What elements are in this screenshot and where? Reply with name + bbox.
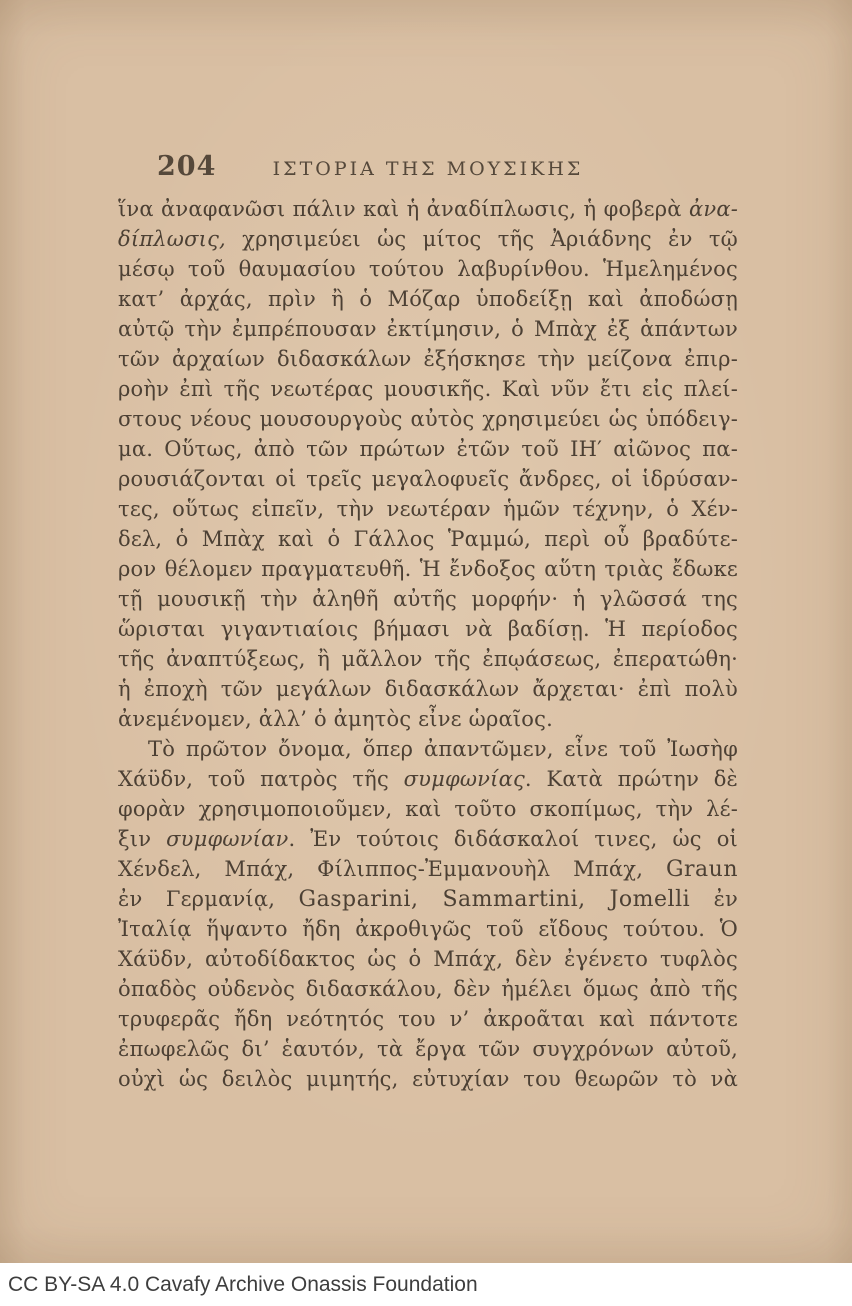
scanned-book-page: 204 ΙΣΤΟΡΙΑ ΤΗΣ ΜΟΥΣΙΚΗΣ ἵνα ἀναφανῶσι π…	[0, 0, 852, 1263]
text-line: τῶν ἀρχαίων διδασκάλων ἐξήσκησε τὴν μείζ…	[118, 344, 738, 374]
text-segment: μα. Οὕτως, ἀπὸ τῶν πρώτων ἐτῶν τοῦ ΙΗ′ α…	[118, 437, 738, 461]
text-line: ὀπαδὸς οὐδενὸς διδασκάλου, δὲν ἠμέλει ὅμ…	[118, 974, 738, 1004]
text-line: ἡ ἐποχὴ τῶν μεγάλων διδασκάλων ἄρχεται· …	[118, 674, 738, 704]
running-header-title: ΙΣΤΟΡΙΑ ΤΗΣ ΜΟΥΣΙΚΗΣ	[118, 158, 738, 180]
text-segment: αὐτῷ τὴν ἐμπρέπουσαν ἐκτίμησιν, ὁ Μπὰχ ἐ…	[118, 317, 738, 341]
paragraph: ἵνα ἀναφανῶσι πάλιν καὶ ἡ ἀναδίπλωσις, ἡ…	[118, 194, 738, 734]
page-body: ἵνα ἀναφανῶσι πάλιν καὶ ἡ ἀναδίπλωσις, ἡ…	[118, 194, 738, 1094]
text-segment: Τὸ πρῶτον ὄνομα, ὅπερ ἀπαντῶμεν, εἶνε το…	[148, 737, 738, 761]
text-line: δίπλωσις, χρησιμεύει ὡς μίτος τῆς Ἀριάδν…	[118, 224, 738, 254]
text-segment: . Κατὰ πρώτην δὲ	[525, 767, 738, 791]
text-line: κατ’ ἀρχάς, πρὶν ἢ ὁ Μόζαρ ὑποδείξῃ καὶ …	[118, 284, 738, 314]
text-segment: ἐν Γερμανίᾳ,	[118, 887, 299, 911]
text-segment-latin: Graun	[666, 857, 738, 882]
text-segment: ξιν	[118, 827, 166, 851]
text-segment: ἐπωφελῶς δι’ ἑαυτόν, τὰ ἔργα τῶν συγχρόν…	[118, 1037, 738, 1061]
text-segment: ρον θέλομεν πραγματευθῆ. Ἡ ἔνδοξος αὕτη …	[118, 557, 738, 581]
text-line: ἀνεμένομεν, ἀλλ’ ὁ ἀμητὸς εἶνε ὡραῖος.	[118, 704, 738, 734]
text-segment: τῶν ἀρχαίων διδασκάλων ἐξήσκησε τὴν μείζ…	[118, 347, 738, 371]
text-segment: Χένδελ, Μπάχ, Φίλιππος-Ἐμμανουὴλ Μπάχ,	[118, 857, 666, 881]
text-line: αὐτῷ τὴν ἐμπρέπουσαν ἐκτίμησιν, ὁ Μπὰχ ἐ…	[118, 314, 738, 344]
text-line: οὐχὶ ὡς δειλὸς μιμητής, εὐτυχίαν του θεω…	[118, 1064, 738, 1094]
text-line: δελ, ὁ Μπὰχ καὶ ὁ Γάλλος Ῥαμμώ, περὶ οὗ …	[118, 524, 738, 554]
text-line: Τὸ πρῶτον ὄνομα, ὅπερ ἀπαντῶμεν, εἶνε το…	[118, 734, 738, 764]
text-segment-italic: ἀνα-	[689, 197, 738, 221]
text-segment: χρησιμεύει ὡς μίτος τῆς Ἀριάδνης ἐν τῷ	[226, 227, 738, 251]
text-line: φορὰν χρησιμοποιοῦμεν, καὶ τοῦτο σκοπίμω…	[118, 794, 738, 824]
text-line: Χένδελ, Μπάχ, Φίλιππος-Ἐμμανουὴλ Μπάχ, G…	[118, 854, 738, 884]
text-line: ξιν συμφωνίαν. Ἐν τούτοις διδάσκαλοί τιν…	[118, 824, 738, 854]
text-segment: τῇ μουσικῇ τὴν ἀληθῆ αὐτῆς μορφήν· ἡ γλῶ…	[118, 587, 738, 611]
text-segment-latin: Gasparini, Sammartini, Jomelli	[299, 887, 691, 912]
text-segment: μέσῳ τοῦ θαυμασίου τούτου λαβυρίνθου. Ἡμ…	[118, 257, 738, 281]
text-segment: ἀνεμένομεν, ἀλλ’ ὁ ἀμητὸς εἶνε ὡραῖος.	[118, 707, 553, 731]
text-segment: τες, οὕτως εἰπεῖν, τὴν νεωτέραν ἡμῶν τέχ…	[118, 497, 738, 521]
text-line: τῆς ἀναπτύξεως, ἢ μᾶλλον τῆς ἐπῳάσεως, ἐ…	[118, 644, 738, 674]
text-line: ροὴν ἐπὶ τῆς νεωτέρας μουσικῆς. Καὶ νῦν …	[118, 374, 738, 404]
text-line: τρυφερᾶς ἤδη νεότητός του ν’ ἀκροᾶται κα…	[118, 1004, 738, 1034]
text-segment-italic: συμφωνίαν	[166, 827, 288, 851]
text-line: ὥρισται γιγαντιαίοις βήμασι νὰ βαδίσῃ. Ἡ…	[118, 614, 738, 644]
text-segment: τρυφερᾶς ἤδη νεότητός του ν’ ἀκροᾶται κα…	[118, 1007, 738, 1031]
text-segment: ἡ ἐποχὴ τῶν μεγάλων διδασκάλων ἄρχεται· …	[118, 677, 738, 701]
text-line: Χάϋδν, αὐτοδίδακτος ὡς ὁ Μπάχ, δὲν ἐγένε…	[118, 944, 738, 974]
text-segment: δελ, ὁ Μπὰχ καὶ ὁ Γάλλος Ῥαμμώ, περὶ οὗ …	[118, 527, 738, 551]
text-segment: κατ’ ἀρχάς, πρὶν ἢ ὁ Μόζαρ ὑποδείξῃ καὶ …	[118, 287, 738, 311]
text-segment: Χάϋδν, αὐτοδίδακτος ὡς ὁ Μπάχ, δὲν ἐγένε…	[118, 947, 738, 971]
text-segment: . Ἐν τούτοις διδάσκαλοί τινες, ὡς οἱ	[288, 827, 738, 851]
text-segment: ἵνα ἀναφανῶσι πάλιν καὶ ἡ ἀναδίπλωσις, ἡ…	[118, 197, 689, 221]
license-caption-text: CC BY-SA 4.0 Cavafy Archive Onassis Foun…	[8, 1273, 478, 1297]
text-line: ρουσιάζονται οἱ τρεῖς μεγαλοφυεῖς ἄνδρες…	[118, 464, 738, 494]
text-segment: Χάϋδν, τοῦ πατρὸς τῆς	[118, 767, 404, 791]
text-segment: τῆς ἀναπτύξεως, ἢ μᾶλλον τῆς ἐπῳάσεως, ἐ…	[118, 647, 738, 671]
paragraph: Τὸ πρῶτον ὄνομα, ὅπερ ἀπαντῶμεν, εἶνε το…	[118, 734, 738, 1094]
text-line: Ἰταλίᾳ ἥψαντο ἤδη ἀκροθιγῶς τοῦ εἴδους τ…	[118, 914, 738, 944]
text-segment-italic: συμφωνίας	[404, 767, 525, 791]
text-line: στους νέους μουσουργοὺς αὐτὸς χρησιμεύει…	[118, 404, 738, 434]
text-segment: στους νέους μουσουργοὺς αὐτὸς χρησιμεύει…	[118, 407, 738, 431]
text-segment-italic: δίπλωσις,	[118, 227, 226, 251]
text-segment: Ἰταλίᾳ ἥψαντο ἤδη ἀκροθιγῶς τοῦ εἴδους τ…	[118, 917, 738, 941]
text-line: ρον θέλομεν πραγματευθῆ. Ἡ ἔνδοξος αὕτη …	[118, 554, 738, 584]
text-segment: ρουσιάζονται οἱ τρεῖς μεγαλοφυεῖς ἄνδρες…	[118, 467, 738, 491]
text-line: τες, οὕτως εἰπεῖν, τὴν νεωτέραν ἡμῶν τέχ…	[118, 494, 738, 524]
license-caption-strip: CC BY-SA 4.0 Cavafy Archive Onassis Foun…	[0, 1263, 852, 1306]
text-line: τῇ μουσικῇ τὴν ἀληθῆ αὐτῆς μορφήν· ἡ γλῶ…	[118, 584, 738, 614]
text-line: μα. Οὕτως, ἀπὸ τῶν πρώτων ἐτῶν τοῦ ΙΗ′ α…	[118, 434, 738, 464]
text-segment: οὐχὶ ὡς δειλὸς μιμητής, εὐτυχίαν του θεω…	[118, 1067, 738, 1091]
text-segment: φορὰν χρησιμοποιοῦμεν, καὶ τοῦτο σκοπίμω…	[118, 797, 738, 821]
text-line: Χάϋδν, τοῦ πατρὸς τῆς συμφωνίας. Κατὰ πρ…	[118, 764, 738, 794]
text-line: μέσῳ τοῦ θαυμασίου τούτου λαβυρίνθου. Ἡμ…	[118, 254, 738, 284]
text-segment: ροὴν ἐπὶ τῆς νεωτέρας μουσικῆς. Καὶ νῦν …	[118, 377, 738, 401]
text-segment: ἐν	[690, 887, 738, 911]
text-line: ἐν Γερμανίᾳ, Gasparini, Sammartini, Jome…	[118, 884, 738, 914]
text-line: ἐπωφελῶς δι’ ἑαυτόν, τὰ ἔργα τῶν συγχρόν…	[118, 1034, 738, 1064]
text-segment: ὀπαδὸς οὐδενὸς διδασκάλου, δὲν ἠμέλει ὅμ…	[118, 977, 738, 1001]
text-line: ἵνα ἀναφανῶσι πάλιν καὶ ἡ ἀναδίπλωσις, ἡ…	[118, 194, 738, 224]
text-segment: ὥρισται γιγαντιαίοις βήμασι νὰ βαδίσῃ. Ἡ…	[118, 617, 738, 641]
screenshot-root: 204 ΙΣΤΟΡΙΑ ΤΗΣ ΜΟΥΣΙΚΗΣ ἵνα ἀναφανῶσι π…	[0, 0, 852, 1306]
